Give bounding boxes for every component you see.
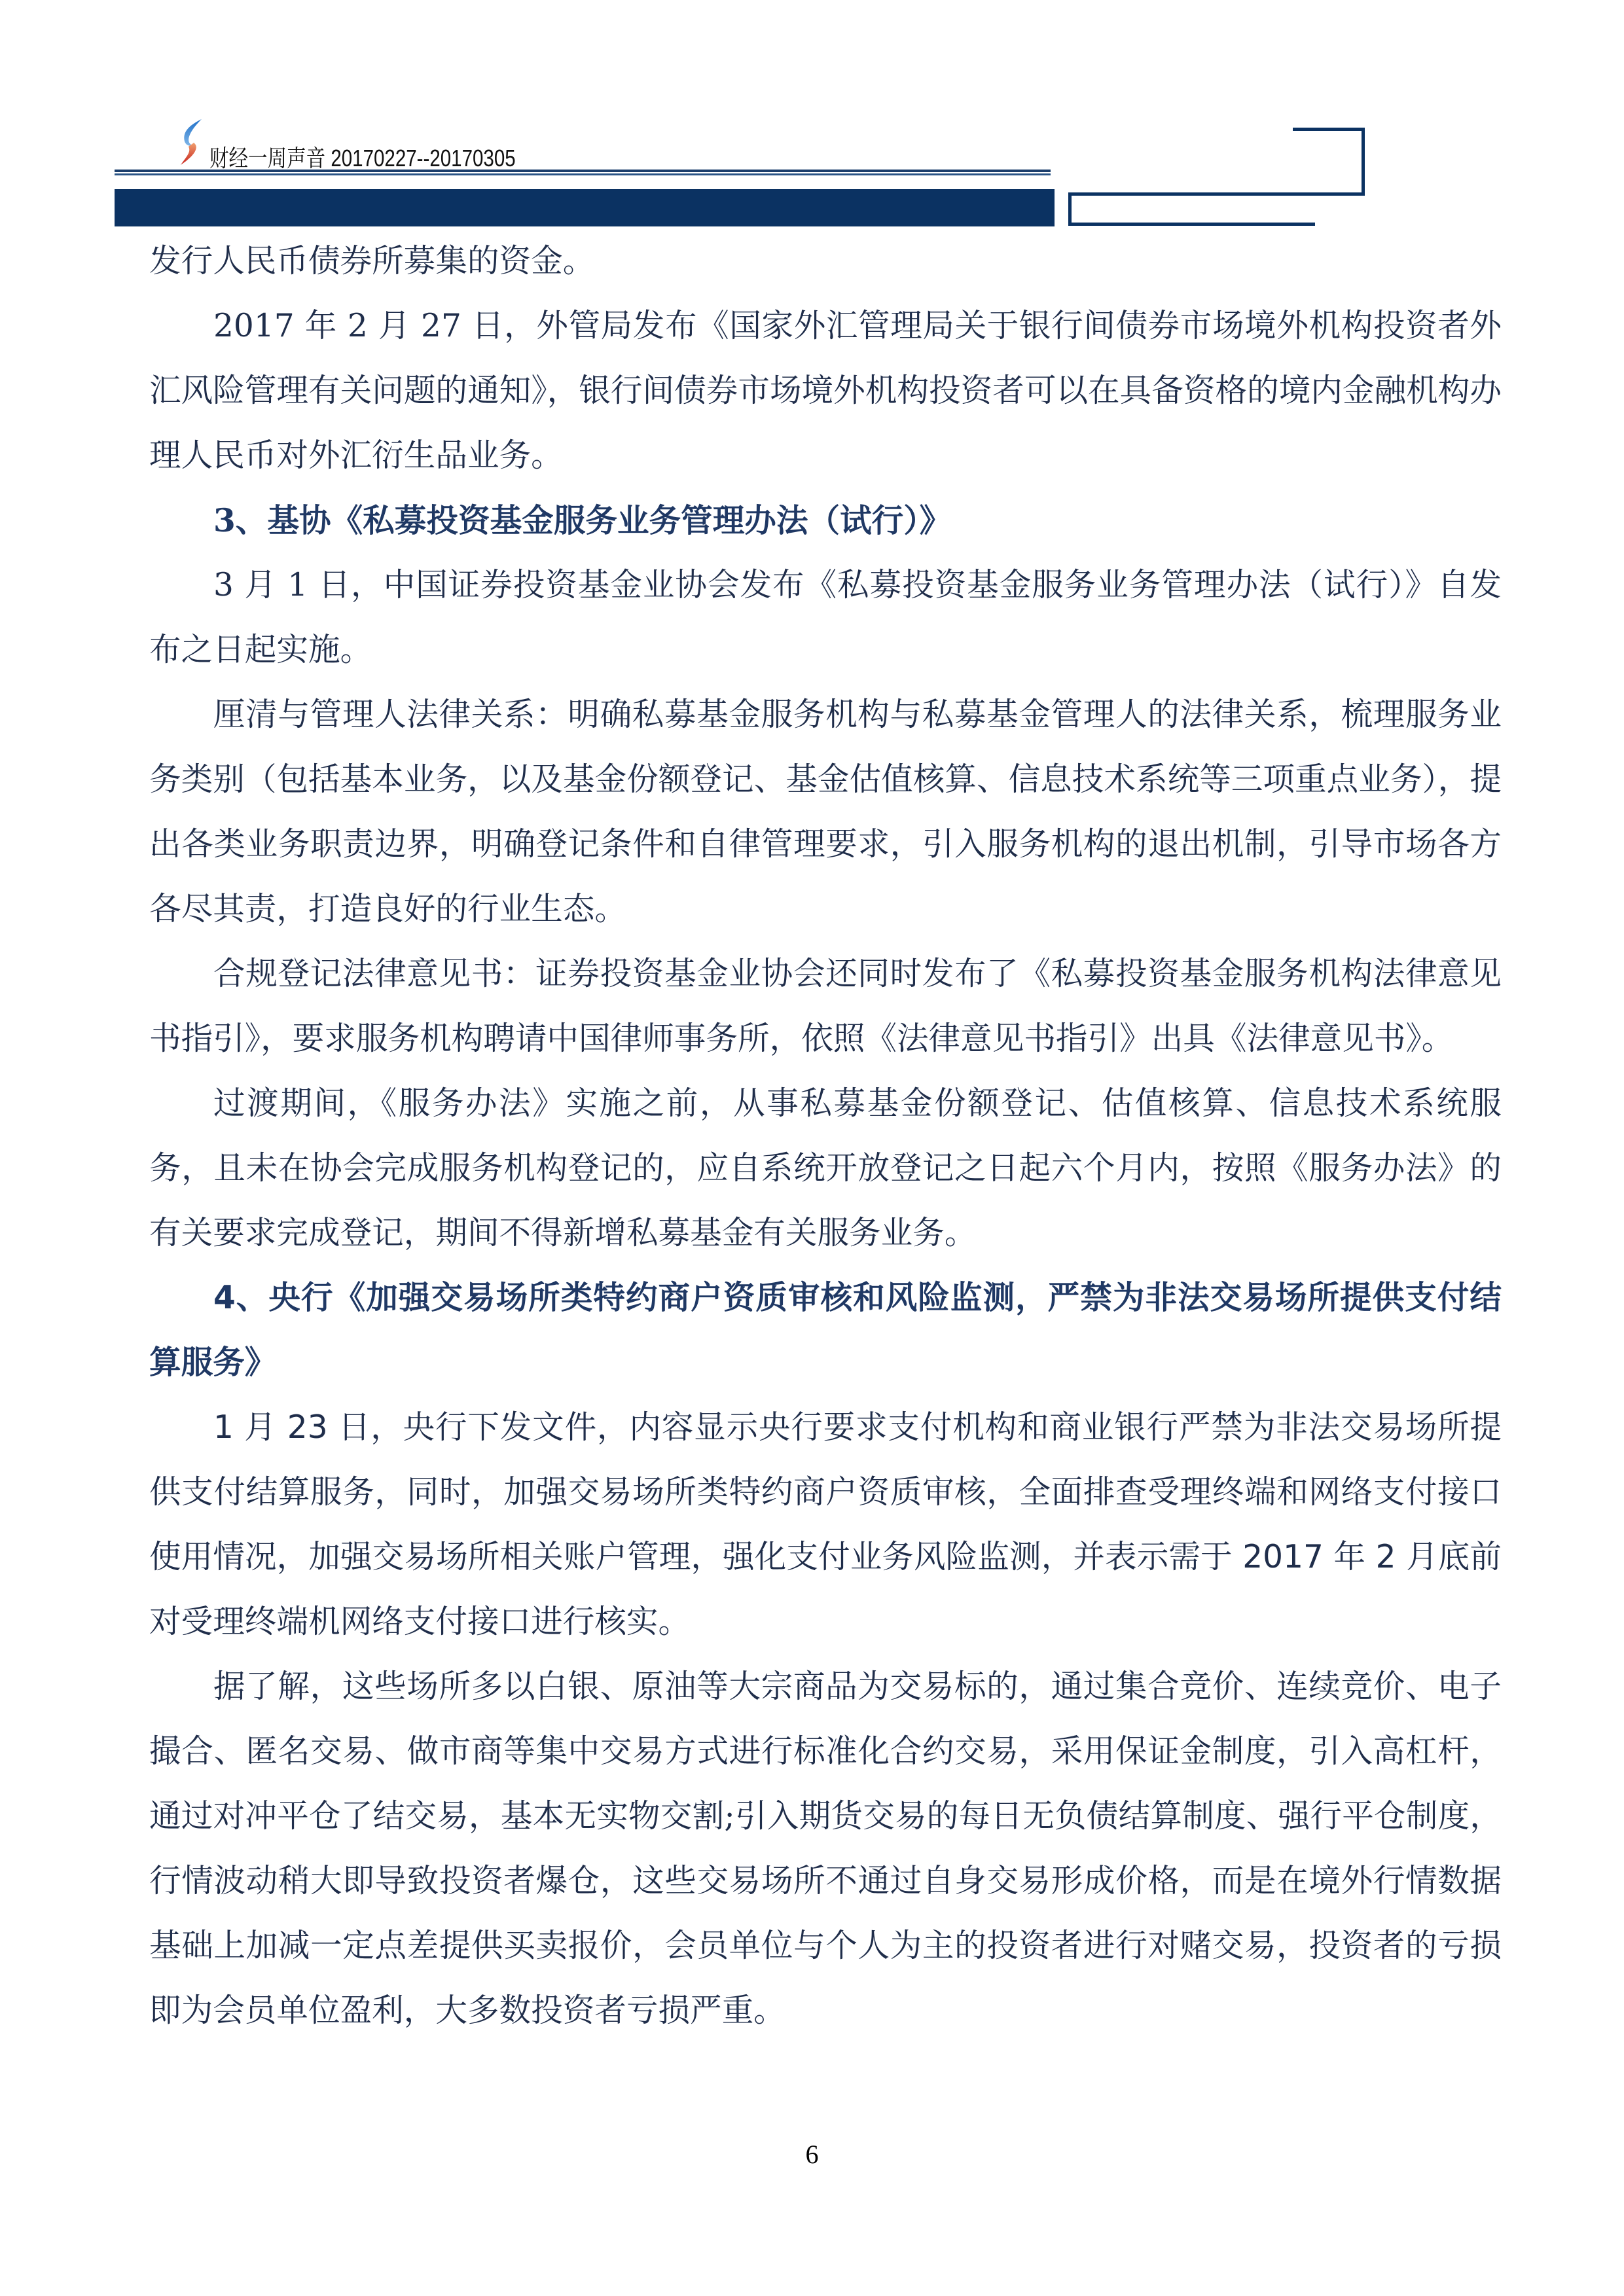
paragraph: 合规登记法律意见书：证券投资基金业协会还同时发布了《私募投资基金服务机构法律意见… (149, 942, 1502, 1071)
s-swirl-logo-icon (177, 118, 206, 166)
header-rule-top (115, 170, 1051, 172)
paragraph: 2017 年 2 月 27 日，外管局发布《国家外汇管理局关于银行间债券市场境外… (149, 294, 1502, 488)
header-bar (115, 189, 1055, 226)
header-deco-line (1362, 128, 1365, 196)
page-header: 财经一周声音 20170227--20170305 (0, 0, 1624, 236)
paragraph: 过渡期间，《服务办法》实施之前，从事私募基金份额登记、估值核算、信息技术系统服务… (149, 1071, 1502, 1266)
paragraph: 厘清与管理人法律关系：明确私募基金服务机构与私募基金管理人的法律关系，梳理服务业… (149, 683, 1502, 942)
paragraph: 发行人民币债券所募集的资金。 (149, 229, 1502, 294)
section-heading: 4、央行《加强交易场所类特约商户资质审核和风险监测，严禁为非法交易场所提供支付结… (149, 1266, 1502, 1395)
paragraph: 1 月 23 日，央行下发文件，内容显示央行要求支付机构和商业银行严禁为非法交易… (149, 1395, 1502, 1655)
header-title: 财经一周声音 20170227--20170305 (209, 140, 516, 173)
header-deco-line (1068, 192, 1072, 225)
section-heading: 3、基协《私募投资基金服务业务管理办法（试行）》 (149, 488, 1502, 553)
header-deco-line (1068, 223, 1315, 226)
paragraph: 3 月 1 日，中国证券投资基金业协会发布《私募投资基金服务业务管理办法（试行）… (149, 553, 1502, 683)
paragraph: 据了解，这些场所多以白银、原油等大宗商品为交易标的，通过集合竞价、连续竞价、电子… (149, 1655, 1502, 2043)
document-body: 发行人民币债券所募集的资金。 2017 年 2 月 27 日，外管局发布《国家外… (149, 229, 1502, 2043)
page-number: 6 (0, 2139, 1624, 2170)
header-deco-line (1293, 128, 1365, 131)
header-rule-bottom (115, 173, 1051, 175)
header-deco-line (1068, 192, 1365, 196)
